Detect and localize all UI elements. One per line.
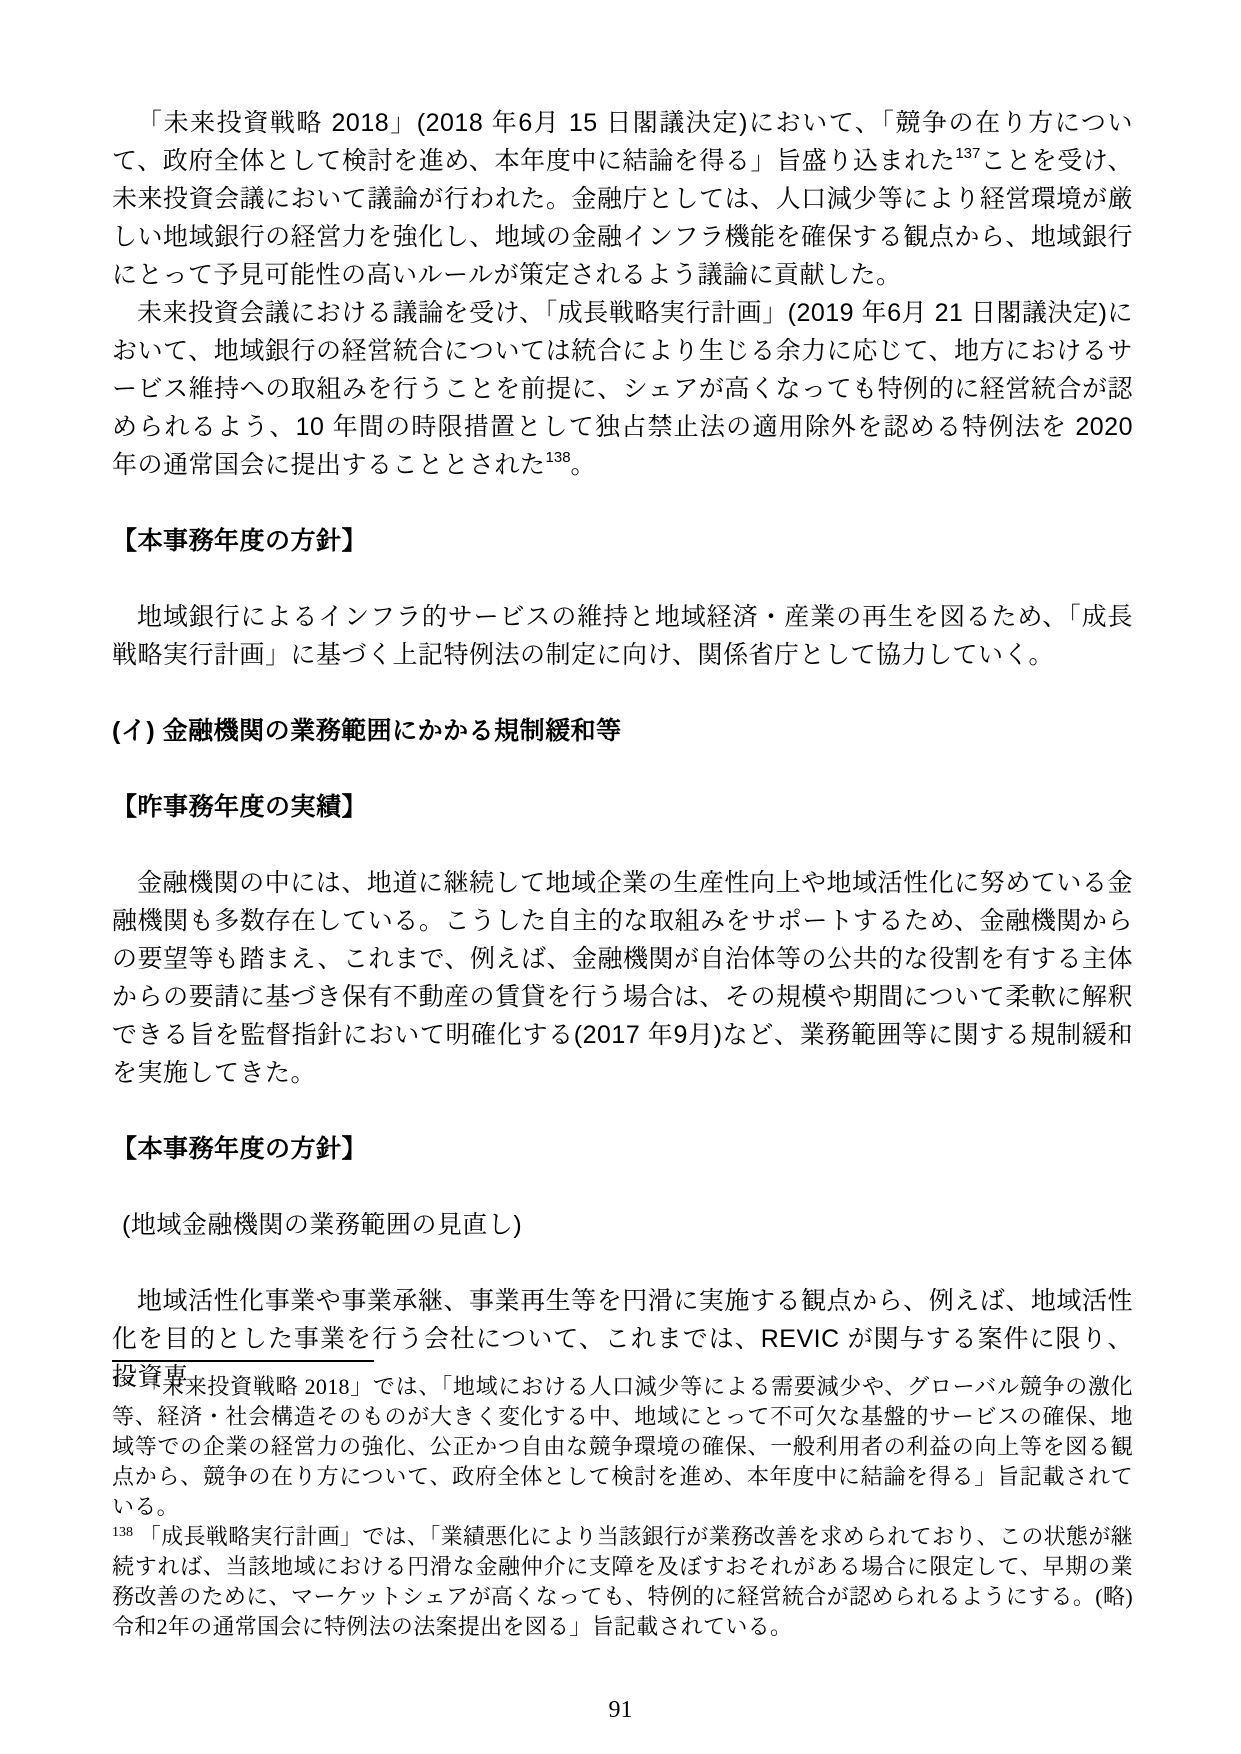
- subheading-business-scope-review: (地域金融機関の業務範囲の見直し): [112, 1206, 1133, 1244]
- footnote-137: 137 「未来投資戦略 2018」では、「地域における人口減少等による需要減少や…: [112, 1372, 1133, 1522]
- footnote-ref-138: 138: [546, 449, 571, 466]
- document-page: 「未来投資戦略 2018」(2018 年6月 15 日閣議決定)において、「競争…: [0, 0, 1241, 1754]
- footnotes-section: 137 「未来投資戦略 2018」では、「地域における人口減少等による需要減少や…: [112, 1360, 1133, 1642]
- footnote-138: 138 「成長戦略実行計画」では、「業績悪化により当該銀行が業務改善を求められて…: [112, 1522, 1133, 1642]
- paragraph-deregulation-results: 金融機関の中には、地道に継続して地域企業の生産性向上や地域活性化に努めている金融…: [112, 864, 1133, 1092]
- page-number: 91: [0, 1697, 1241, 1724]
- heading-item-i-deregulation: (イ) 金融機関の業務範囲にかかる規制緩和等: [112, 712, 1133, 750]
- footnote-138-marker: 138: [112, 1525, 133, 1540]
- document-body: 「未来投資戦略 2018」(2018 年6月 15 日閣議決定)において、「競争…: [112, 104, 1133, 1396]
- paragraph-text: 未来投資会議における議論を受け、「成長戦略実行計画」(2019 年6月 21 日…: [112, 299, 1133, 479]
- paragraph-growth-strategy-plan: 未来投資会議における議論を受け、「成長戦略実行計画」(2019 年6月 21 日…: [112, 294, 1133, 484]
- footnote-separator-line: [112, 1360, 374, 1362]
- paragraph-future-investment-strategy: 「未来投資戦略 2018」(2018 年6月 15 日閣議決定)において、「競争…: [112, 104, 1133, 294]
- paragraph-policy-cooperation: 地域銀行によるインフラ的サービスの維持と地域経済・産業の再生を図るため、「成長戦…: [112, 598, 1133, 674]
- footnote-137-text: 「未来投資戦略 2018」では、「地域における人口減少等による需要減少や、グロー…: [112, 1374, 1133, 1519]
- footnote-137-marker: 137: [112, 1375, 133, 1390]
- footnote-ref-137: 137: [955, 145, 980, 162]
- footnote-138-text: 「成長戦略実行計画」では、「業績悪化により当該銀行が業務改善を求められており、こ…: [112, 1524, 1133, 1639]
- heading-current-year-policy-1: 【本事務年度の方針】: [112, 522, 1133, 560]
- paragraph-text: 。: [571, 451, 597, 479]
- heading-last-year-results: 【昨事務年度の実績】: [112, 788, 1133, 826]
- heading-current-year-policy-2: 【本事務年度の方針】: [112, 1130, 1133, 1168]
